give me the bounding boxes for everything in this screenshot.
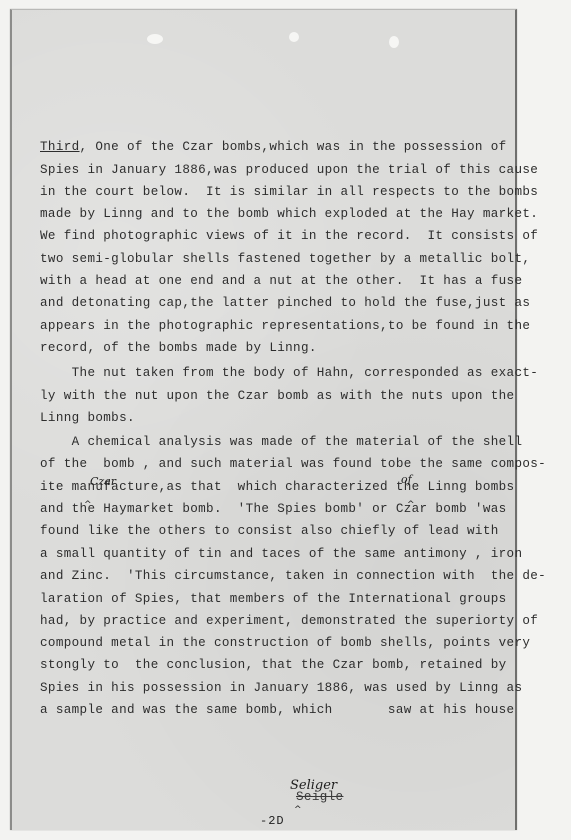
text-line: We find photographic views of it in the … (40, 229, 538, 243)
insertion-caret: ^ (84, 500, 92, 510)
text-line: Spies in his possession in January 1886,… (40, 681, 522, 695)
text-line: in the court below. It is similar in all… (40, 185, 538, 199)
text-line: Spies in January 1886,was produced upon … (40, 163, 538, 177)
text-line: compound metal in the construction of bo… (40, 636, 530, 650)
text-line: Third, One of the Czar bombs,which was i… (40, 140, 507, 154)
insertion-caret: ^ (294, 805, 302, 815)
punch-hole (289, 32, 299, 42)
text-line: record, of the bombs made by Linng. (40, 341, 317, 355)
text-line: ly with the nut upon the Czar bomb as wi… (40, 389, 514, 403)
text-line: Linng bombs. (40, 411, 135, 425)
text-line: of the bomb , and such material was foun… (40, 457, 546, 471)
handwritten-insertion-of: of (401, 473, 412, 486)
text-line: and the Haymarket bomb. 'The Spies bomb'… (40, 502, 507, 516)
page-number: -2D (260, 814, 285, 828)
document-page: Third, One of the Czar bombs,which was i… (10, 9, 517, 830)
text-line: found like the others to consist also ch… (40, 524, 499, 538)
struck-word: Seigle (296, 790, 343, 804)
text-line: with a head at one end and a nut at the … (40, 274, 522, 288)
text-line: two semi-globular shells fastened togeth… (40, 252, 530, 266)
insertion-caret: ^ (407, 500, 415, 510)
text-line: and detonating cap,the latter pinched to… (40, 296, 530, 310)
underlined-heading-word: Third (40, 140, 80, 154)
handwritten-insertion-czar: Czar (90, 475, 116, 488)
text-line: The nut taken from the body of Hahn, cor… (40, 366, 538, 380)
text-line: laration of Spies, that members of the I… (40, 592, 507, 606)
punch-hole (147, 34, 163, 44)
text-line: A chemical analysis was made of the mate… (40, 435, 522, 449)
text-line: a small quantity of tin and taces of the… (40, 547, 522, 561)
text-line: had, by practice and experiment, demonst… (40, 614, 538, 628)
text-line: made by Linng and to the bomb which expl… (40, 207, 538, 221)
text-line: a sample and was the same bomb, which sa… (40, 703, 514, 717)
text-line: and Zinc. 'This circumstance, taken in c… (40, 569, 546, 583)
text-line: appears in the photographic representati… (40, 319, 530, 333)
scan-background: Third, One of the Czar bombs,which was i… (0, 0, 571, 840)
punch-hole (389, 36, 399, 48)
text-line: stongly to the conclusion, that the Czar… (40, 658, 507, 672)
